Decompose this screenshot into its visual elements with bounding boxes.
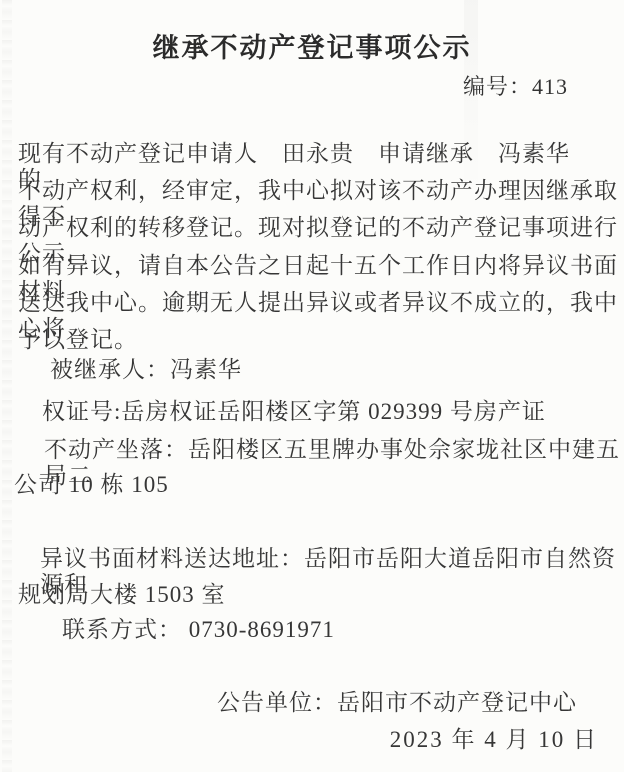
heir-line: 被继承人：冯素华 xyxy=(50,357,242,383)
objection-address-line-2: 规划局大楼 1503 室 xyxy=(18,582,226,608)
scanned-notice-page: 继承不动产登记事项公示 编号：413 现有不动产登记申请人 田永贵 申请继承 冯… xyxy=(0,0,624,772)
scan-artifact-left-streak xyxy=(2,0,12,772)
certificate-number-line: 权证号:岳房权证岳阳楼区字第 029399 号房产证 xyxy=(42,399,546,425)
date-line: 2023 年 4 月 10 日 xyxy=(390,727,598,753)
doc-number: 编号：413 xyxy=(463,70,568,101)
issuer-line: 公告单位：岳阳市不动产登记中心 xyxy=(217,690,577,716)
property-location-line-2: 公司 10 栋 105 xyxy=(14,472,169,498)
paragraph-line-6: 予以登记。 xyxy=(18,327,138,353)
contact-line: 联系方式： 0730-8691971 xyxy=(62,617,335,643)
notice-title: 继承不动产登记事项公示 xyxy=(0,26,624,65)
